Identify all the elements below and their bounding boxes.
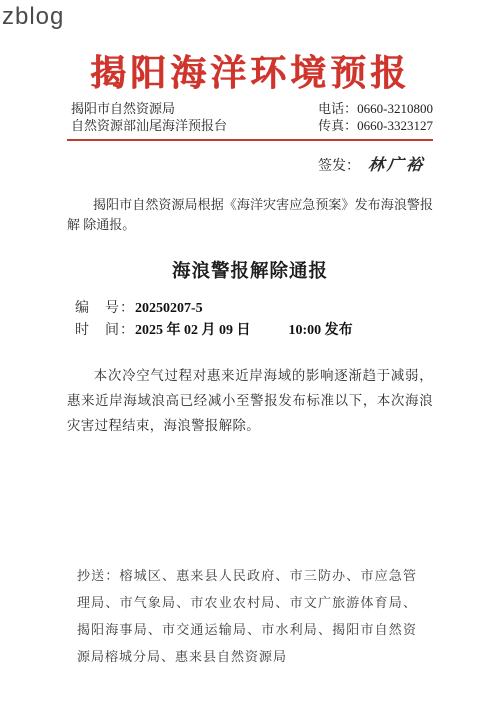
document-page: zblog 揭阳海洋环境预报 揭阳市自然资源局 自然资源部汕尾海洋预报台 电话：…: [0, 0, 500, 707]
document-content: 揭阳海洋环境预报 揭阳市自然资源局 自然资源部汕尾海洋预报台 电话：0660-3…: [67, 52, 433, 670]
fax-label: 传真：: [318, 118, 357, 133]
bulletin-number-line: 编 号：20250207-5: [75, 298, 433, 320]
phone-line: 电话：0660-3210800: [318, 101, 433, 118]
bulletin-release-time-value: 10:00 发布: [289, 323, 353, 338]
cc-recipients: 榕城区、惠来县人民政府、市三防办、市应急管理局、市气象局、市农业农村局、市文广旅…: [77, 568, 417, 664]
cc-label: 抄送：: [77, 568, 120, 583]
bulletin-body-paragraph: 本次冷空气过程对惠来近岸海域的影响逐渐趋于减弱，惠来近岸海域浪高已经减小至警报发…: [67, 363, 433, 438]
phone-label: 电话：: [318, 101, 357, 116]
bulletin-date-value: 2025 年 02 月 09 日: [135, 323, 251, 338]
issuer-line-1: 揭阳市自然资源局: [71, 101, 227, 118]
signoff-line: 签发：林广裕: [67, 154, 433, 179]
bulletin-time-line: 时 间：2025 年 02 月 09 日10:00 发布: [75, 320, 433, 342]
bulletin-heading: 海浪警报解除通报: [67, 257, 433, 283]
fax-number: 0660-3323127: [357, 118, 433, 133]
signoff-label: 签发：: [318, 159, 360, 174]
contact-block: 电话：0660-3210800 传真：0660-3323127: [318, 101, 433, 134]
intro-paragraph: 揭阳市自然资源局根据《海洋灾害应急预案》发布海浪警报解 除通报。: [67, 195, 433, 235]
issuer-line-2: 自然资源部汕尾海洋预报台: [71, 118, 227, 135]
cc-distribution-block: 抄送：榕城区、惠来县人民政府、市三防办、市应急管理局、市气象局、市农业农村局、市…: [77, 562, 417, 670]
bulletin-number-value: 20250207-5: [135, 301, 203, 316]
masthead-info-row: 揭阳市自然资源局 自然资源部汕尾海洋预报台 电话：0660-3210800 传真…: [67, 101, 433, 134]
issuer-block: 揭阳市自然资源局 自然资源部汕尾海洋预报台: [67, 101, 227, 134]
red-divider-rule: [67, 139, 433, 141]
bulletin-time-label: 时 间：: [75, 323, 135, 338]
bulletin-meta: 编 号：20250207-5 时 间：2025 年 02 月 09 日10:00…: [67, 298, 433, 342]
fax-line: 传真：0660-3323127: [318, 118, 433, 135]
bulletin-number-label: 编 号：: [75, 301, 135, 316]
zblog-watermark: zblog: [2, 3, 64, 31]
masthead-title: 揭阳海洋环境预报: [67, 52, 433, 94]
phone-number: 0660-3210800: [357, 101, 433, 116]
signoff-signature: 林广裕: [367, 154, 427, 178]
